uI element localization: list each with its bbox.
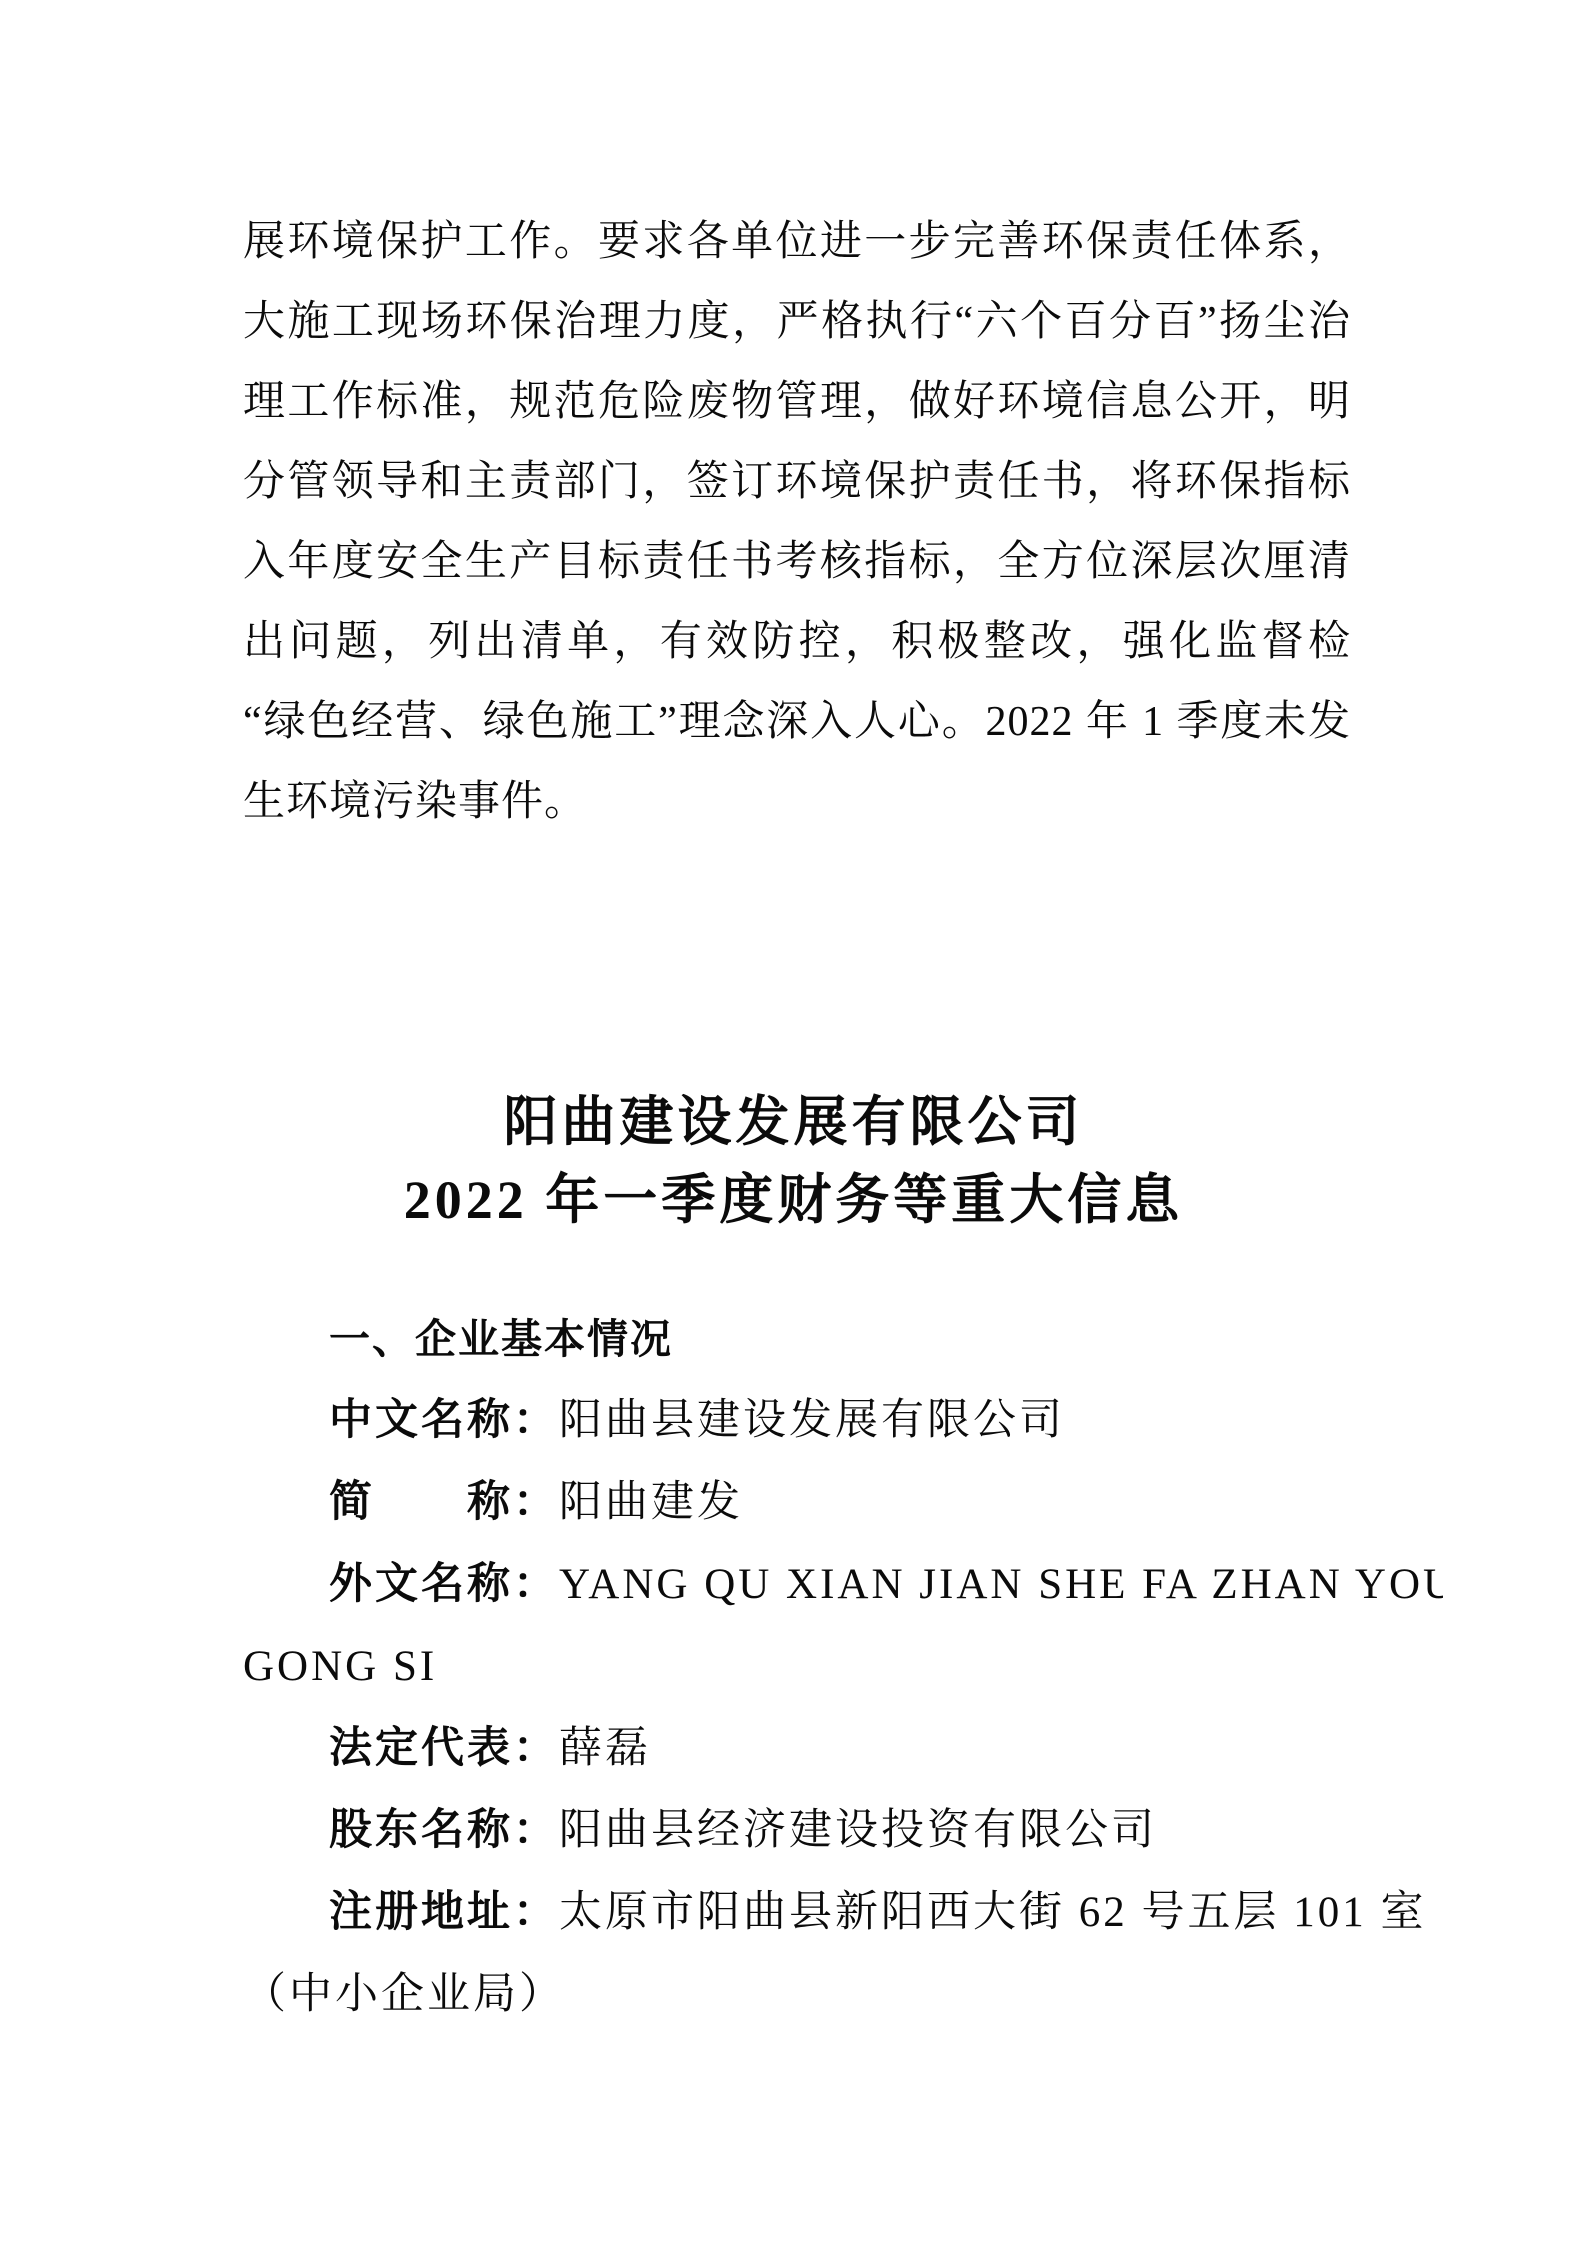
paragraph-line: 大施工现场环保治理力度，严格执行“六个百分百”扬尘治 (243, 282, 1351, 362)
info-value: 薛磊 (559, 1725, 651, 1772)
info-label: 中文名称： (329, 1397, 559, 1444)
paragraph-line: 入年度安全生产目标责任书考核指标，全方位深层次厘清突 (243, 522, 1351, 602)
company-info-section: 一、企业基本情况 中文名称：阳曲县建设发展有限公司 简 称：阳曲建发 外文名称：… (243, 1298, 1443, 2036)
paragraph-line: 理工作标准，规范危险废物管理，做好环境信息公开，明确 (243, 362, 1351, 442)
body-paragraph: 展环境保护工作。要求各单位进一步完善环保责任体系，加 大施工现场环保治理力度，严… (243, 202, 1351, 842)
info-line-registered-address: 注册地址：太原市阳曲县新阳西大街 62 号五层 101 室 (243, 1872, 1443, 1954)
info-label: 注册地址： (329, 1889, 559, 1936)
info-line-foreign-name: 外文名称：YANG QU XIAN JIAN SHE FA ZHAN YOU X… (243, 1544, 1443, 1626)
info-label: 法定代表： (329, 1725, 559, 1772)
info-line-short-name: 简 称：阳曲建发 (243, 1462, 1443, 1544)
doc-title-line-1: 阳曲建设发展有限公司 (0, 1093, 1587, 1151)
info-value: YANG QU XIAN JIAN SHE FA ZHAN YOU XIAN (559, 1561, 1443, 1608)
paragraph-line: “绿色经营、绿色施工”理念深入人心。2022 年 1 季度未发 (243, 682, 1351, 762)
info-label: 简 称： (329, 1479, 559, 1526)
paragraph-line: 分管领导和主责部门，签订环境保护责任书，将环保指标纳 (243, 442, 1351, 522)
info-line-chinese-name: 中文名称：阳曲县建设发展有限公司 (243, 1380, 1443, 1462)
info-line-foreign-name-cont: GONG SI (243, 1626, 1443, 1708)
info-line-shareholder: 股东名称：阳曲县经济建设投资有限公司 (243, 1790, 1443, 1872)
info-value: 太原市阳曲县新阳西大街 62 号五层 101 室 (559, 1889, 1427, 1936)
info-value: 阳曲建发 (559, 1479, 743, 1526)
paragraph-line: 出问题，列出清单，有效防控，积极整改，强化监督检查， (243, 602, 1351, 682)
info-value: 阳曲县建设发展有限公司 (559, 1397, 1065, 1444)
info-label: 外文名称： (329, 1561, 559, 1608)
info-value: 阳曲县经济建设投资有限公司 (559, 1807, 1157, 1854)
info-line-registered-address-cont: （中小企业局） (243, 1954, 1443, 2036)
document-page: 展环境保护工作。要求各单位进一步完善环保责任体系，加 大施工现场环保治理力度，严… (0, 0, 1587, 2245)
doc-title-line-2: 2022 年一季度财务等重大信息 (0, 1171, 1587, 1229)
paragraph-line: 生环境污染事件。 (243, 762, 1351, 842)
info-line-legal-representative: 法定代表：薛磊 (243, 1708, 1443, 1790)
info-value: GONG SI (243, 1643, 437, 1690)
section-heading: 一、企业基本情况 (243, 1298, 1443, 1380)
info-value: （中小企业局） (243, 1971, 565, 2018)
info-label: 股东名称： (329, 1807, 559, 1854)
paragraph-line: 展环境保护工作。要求各单位进一步完善环保责任体系，加 (243, 202, 1351, 282)
